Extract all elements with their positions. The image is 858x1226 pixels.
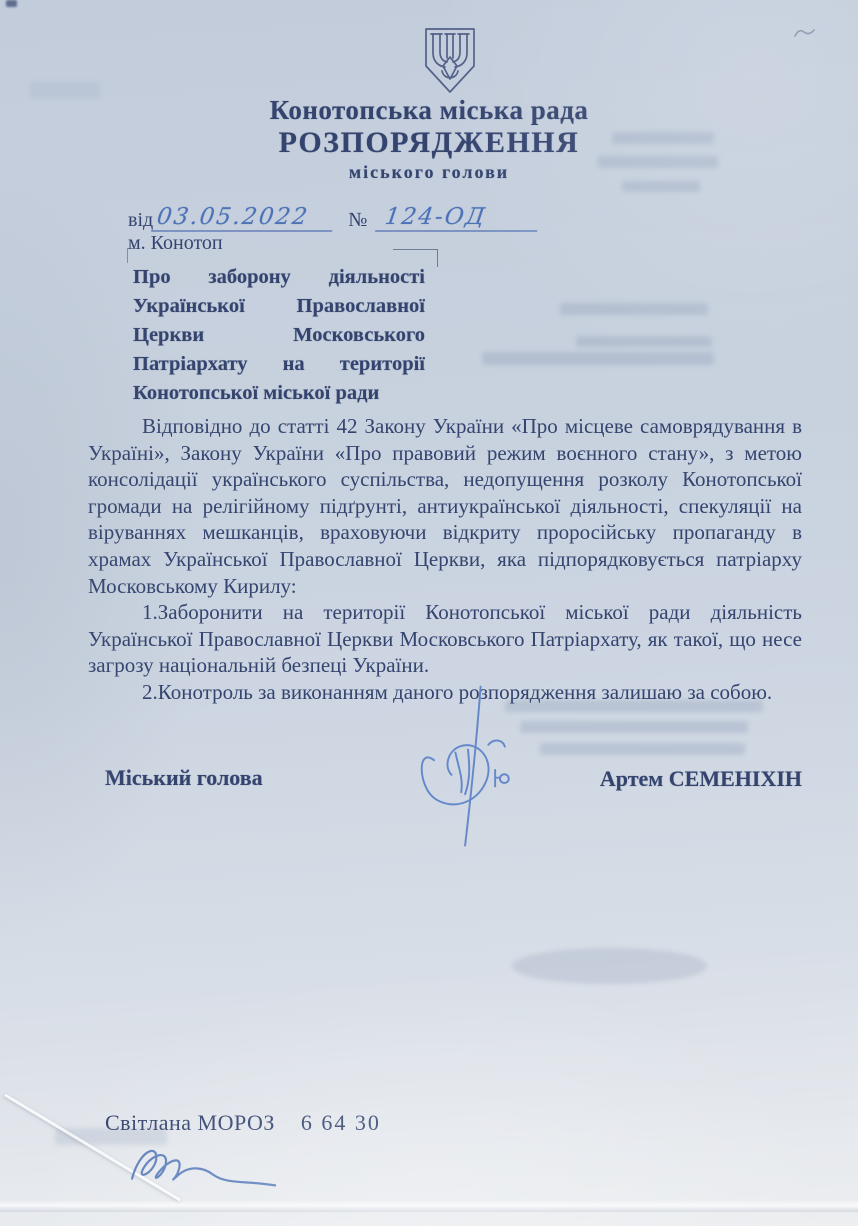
document-type-title: РОЗПОРЯДЖЕННЯ xyxy=(0,126,858,160)
ukraine-trident-emblem-icon xyxy=(421,27,479,95)
subject-corner-mark-left xyxy=(127,248,138,263)
city-line: м. Конотоп xyxy=(128,232,223,255)
executor-name: Світлана МОРОЗ xyxy=(105,1110,275,1135)
org-name: Конотопська міська рада xyxy=(0,95,858,126)
executor-signature xyxy=(128,1138,283,1196)
paper-fold-edge xyxy=(0,1200,858,1212)
number-label: № xyxy=(348,209,367,232)
executor-phone: 6 64 30 xyxy=(301,1110,381,1135)
body-text: Відповідно до статті 42 Закону України «… xyxy=(88,413,802,706)
mayor-signature xyxy=(405,683,531,851)
bleed-through-artifact xyxy=(576,336,712,347)
signatory-title: Міський голова xyxy=(105,765,263,791)
executor-line: Світлана МОРОЗ6 64 30 xyxy=(105,1110,381,1136)
date-handwritten-value: 03.05.2022 xyxy=(151,204,336,232)
signatory-name: Артем СЕМЕНІХІН xyxy=(540,766,802,792)
bleed-through-artifact xyxy=(540,743,745,755)
bleed-through-artifact xyxy=(520,721,748,733)
photo-corner-speck xyxy=(6,0,17,7)
number-handwritten-value: 124-ОД xyxy=(375,204,541,232)
document-subtype: міського голови xyxy=(0,162,858,183)
bleed-through-artifact xyxy=(560,303,708,315)
stray-pen-mark xyxy=(794,26,816,40)
bleed-through-artifact xyxy=(512,948,707,984)
document-photo: Конотопська міська рада РОЗПОРЯДЖЕННЯ мі… xyxy=(0,0,858,1226)
date-number-row: від 03.05.2022 № 124-ОД xyxy=(128,204,548,232)
bleed-through-artifact xyxy=(482,352,714,365)
body-paragraph-1: Відповідно до статті 42 Закону України «… xyxy=(88,413,802,599)
date-label: від xyxy=(128,209,153,232)
body-paragraph-2: 1.Заборонити на території Конотопської м… xyxy=(88,599,802,679)
subject-block: Про заборону діяльності Української Прав… xyxy=(133,263,425,408)
